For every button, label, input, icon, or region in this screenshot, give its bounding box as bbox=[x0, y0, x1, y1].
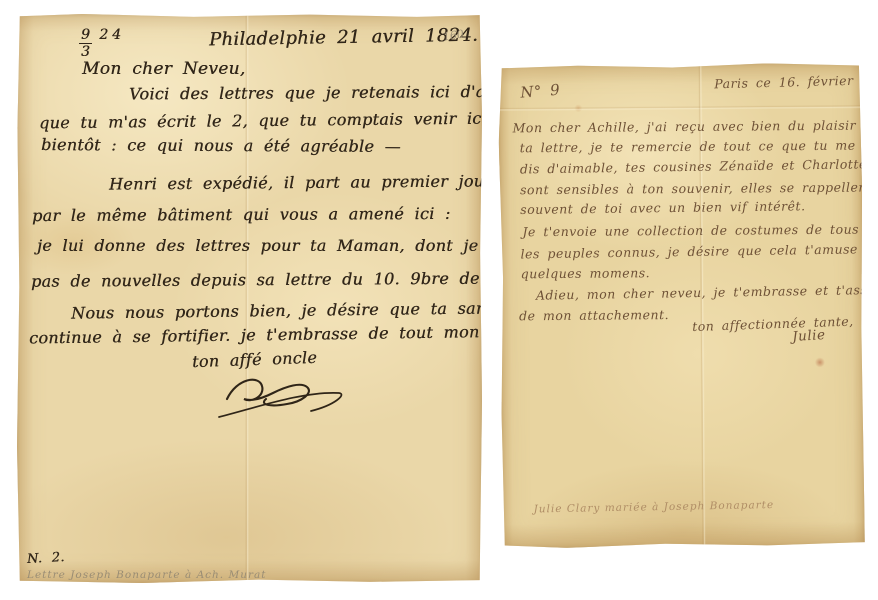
handwritten-line: dis d'aimable, tes cousines Zénaïde et C… bbox=[520, 157, 867, 176]
handwritten-line: sont sensibles à ton souvenir, elles se … bbox=[520, 180, 872, 197]
handwritten-line: Adieu, mon cher neveu, je t'embrasse et … bbox=[536, 283, 878, 303]
handwritten-line: Je t'envoie une collection de costumes d… bbox=[522, 223, 859, 239]
handwritten-line: Mon cher Achille, j'ai reçu avec bien du… bbox=[513, 119, 857, 135]
handwritten-line: ta lettre, je te remercie de tout ce que… bbox=[520, 139, 856, 155]
right-letter-content: N° 9 Paris ce 16. février 1810. Mon cher… bbox=[498, 63, 865, 549]
handwritten-line: continue à se fortifier. je t'embrasse d… bbox=[29, 322, 537, 347]
archival-ink-number: N. 2. bbox=[27, 551, 65, 567]
pencil-caption: Julie Clary mariée à Joseph Bonaparte bbox=[534, 500, 775, 516]
handwritten-line: Henri est expédié, il part au premier jo… bbox=[109, 172, 492, 193]
handwritten-line: par le même bâtiment qui vous a amené ic… bbox=[32, 205, 451, 225]
handwritten-line: quelques momens. bbox=[521, 266, 650, 281]
handwritten-line: les peuples connus, je désire que cela t… bbox=[520, 242, 858, 261]
handwritten-line: Voici des lettres que je retenais ici d'… bbox=[129, 83, 552, 104]
handwritten-line: pas de nouvelles depuis sa lettre du 10.… bbox=[31, 269, 550, 290]
pencil-caption: Lettre Joseph Bonaparte à Ach. Murat bbox=[27, 570, 267, 582]
julie-signature: Julie bbox=[792, 328, 826, 345]
dateline: Philadelphie 21 avril 1824. bbox=[209, 26, 478, 50]
handwritten-line: bientôt : ce qui nous a été agréable — bbox=[41, 136, 401, 155]
handwritten-line: de mon attachement. bbox=[519, 308, 669, 323]
left-letter-content: 9324 Philadelphie 21 avril 1824. 160 Mon… bbox=[17, 14, 482, 583]
handwritten-line: Nous nous portons bien, je désire que ta… bbox=[71, 299, 503, 322]
joseph-signature-flourish bbox=[207, 369, 357, 424]
valediction: ton affectionnée tante, bbox=[692, 315, 854, 334]
docket-fraction: 93 bbox=[79, 28, 92, 59]
docket-number: 9324 bbox=[79, 28, 125, 59]
letter-number: N° 9 bbox=[520, 82, 561, 102]
dateline: Paris ce 16. février 1810. bbox=[714, 73, 878, 91]
scanned-letters-background: { "colors": { "background": "#ffffff", "… bbox=[0, 0, 878, 600]
handwritten-line: je lui donne des lettres pour ta Maman, … bbox=[37, 237, 519, 255]
left-letter-page: 9324 Philadelphie 21 avril 1824. 160 Mon… bbox=[17, 14, 482, 583]
salutation: Mon cher Neveu, bbox=[82, 60, 246, 79]
handwritten-line: que tu m'as écrit le 2, que tu comptais … bbox=[39, 110, 487, 132]
right-letter-page: N° 9 Paris ce 16. février 1810. Mon cher… bbox=[498, 63, 865, 549]
handwritten-line: souvent de toi avec un bien vif intérêt. bbox=[520, 199, 805, 216]
valediction: ton affé oncle bbox=[192, 349, 318, 371]
